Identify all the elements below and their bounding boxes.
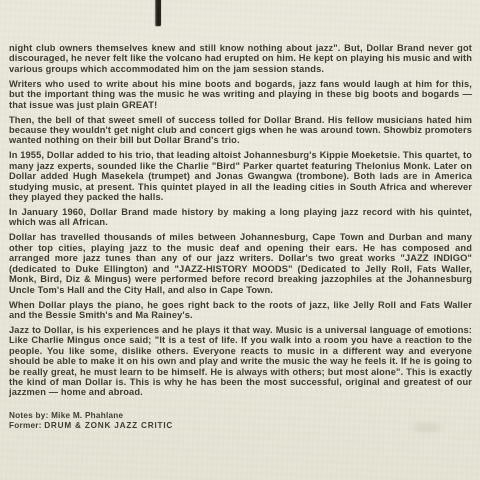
liner-notes-paragraph-8: Jazz to Dollar, is his experiences and h… (9, 325, 472, 398)
liner-notes-paragraph-4: In 1955, Dollar added to his trio, that … (9, 150, 472, 202)
liner-notes-paragraph-1: night club owners themselves knew and st… (9, 43, 472, 74)
liner-notes-page: night club owners themselves knew and st… (0, 0, 480, 480)
credit-notes-by: Notes by: Mike M. Phahlane (9, 411, 472, 421)
liner-notes-text: night club owners themselves knew and st… (9, 43, 472, 430)
credit-notes-value: Mike M. Phahlane (51, 411, 123, 420)
liner-notes-paragraph-7: When Dollar plays the piano, he goes rig… (9, 300, 472, 321)
credit-former-value: DRUM & ZONK JAZZ CRITIC (44, 421, 173, 430)
credit-notes-label: Notes by: (9, 411, 49, 420)
liner-notes-paragraph-2: Writers who used to write about his mine… (9, 79, 472, 110)
credit-former-label: Former: (9, 421, 42, 430)
credits-block: Notes by: Mike M. Phahlane Former: DRUM … (9, 411, 472, 431)
liner-notes-paragraph-6: Dollar has travelled thousands of miles … (9, 232, 472, 294)
credit-former: Former: DRUM & ZONK JAZZ CRITIC (9, 421, 472, 431)
registration-mark (155, 0, 161, 26)
liner-notes-paragraph-5: In January 1960, Dollar Brand made histo… (9, 207, 472, 228)
liner-notes-paragraph-3: Then, the bell of that sweet smell of su… (9, 115, 472, 146)
